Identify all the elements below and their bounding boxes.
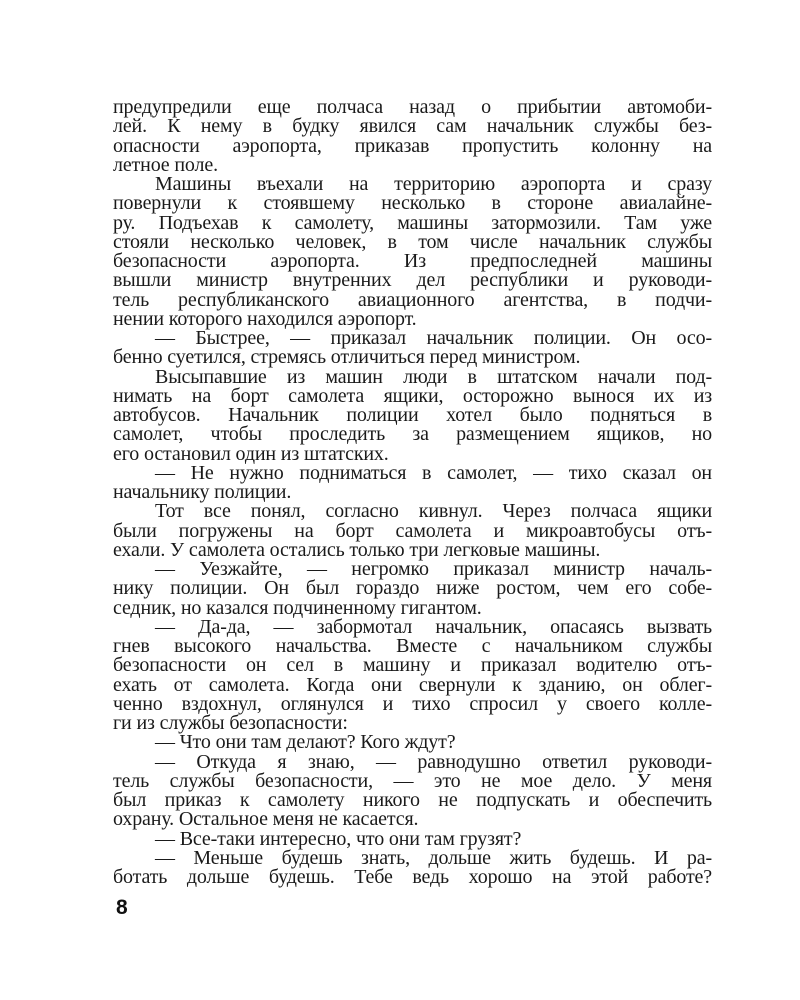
text-line: были погружены на борт самолета и микроа… <box>113 522 712 541</box>
page-number: 8 <box>116 896 128 920</box>
text-line: Тот все понял, согласно кивнул. Через по… <box>113 502 712 521</box>
text-line: нику полиции. Он был гораздо ниже ростом… <box>113 579 712 598</box>
text-line: седник, но казался подчиненному гигантом… <box>113 599 712 618</box>
text-line: — Что они там делают? Кого ждут? <box>113 733 712 752</box>
text-line: ру. Подъехав к самолету, машины затормоз… <box>113 214 712 233</box>
text-line: Высыпавшие из машин люди в штатском нача… <box>113 368 712 387</box>
page-body-text: предупредили еще полчаса назад о прибыти… <box>113 98 712 887</box>
text-line: ехать от самолета. Когда они свернули к … <box>113 676 712 695</box>
text-line: — Откуда я знаю, — равнодушно ответил ру… <box>113 753 712 772</box>
text-line: тель республиканского авиационного агент… <box>113 291 712 310</box>
text-line: опасности аэропорта, приказав пропустить… <box>113 137 712 156</box>
text-line: бенно суетился, стремясь отличиться пере… <box>113 348 712 367</box>
text-line: его остановил один из штатских. <box>113 445 712 464</box>
text-line: лей. К нему в будку явился сам начальник… <box>113 117 712 136</box>
text-line: повернули к стоявшему несколько в сторон… <box>113 194 712 213</box>
text-line: — Все-таки интересно, что они там грузят… <box>113 830 712 849</box>
text-line: самолет, чтобы проследить за размещением… <box>113 425 712 444</box>
text-line: безопасности он сел в машину и приказал … <box>113 656 712 675</box>
text-line: вышли министр внутренних дел республики … <box>113 271 712 290</box>
text-line: охрану. Остальное меня не касается. <box>113 810 712 829</box>
text-line: ботать дольше будешь. Тебе ведь хорошо н… <box>113 868 712 887</box>
